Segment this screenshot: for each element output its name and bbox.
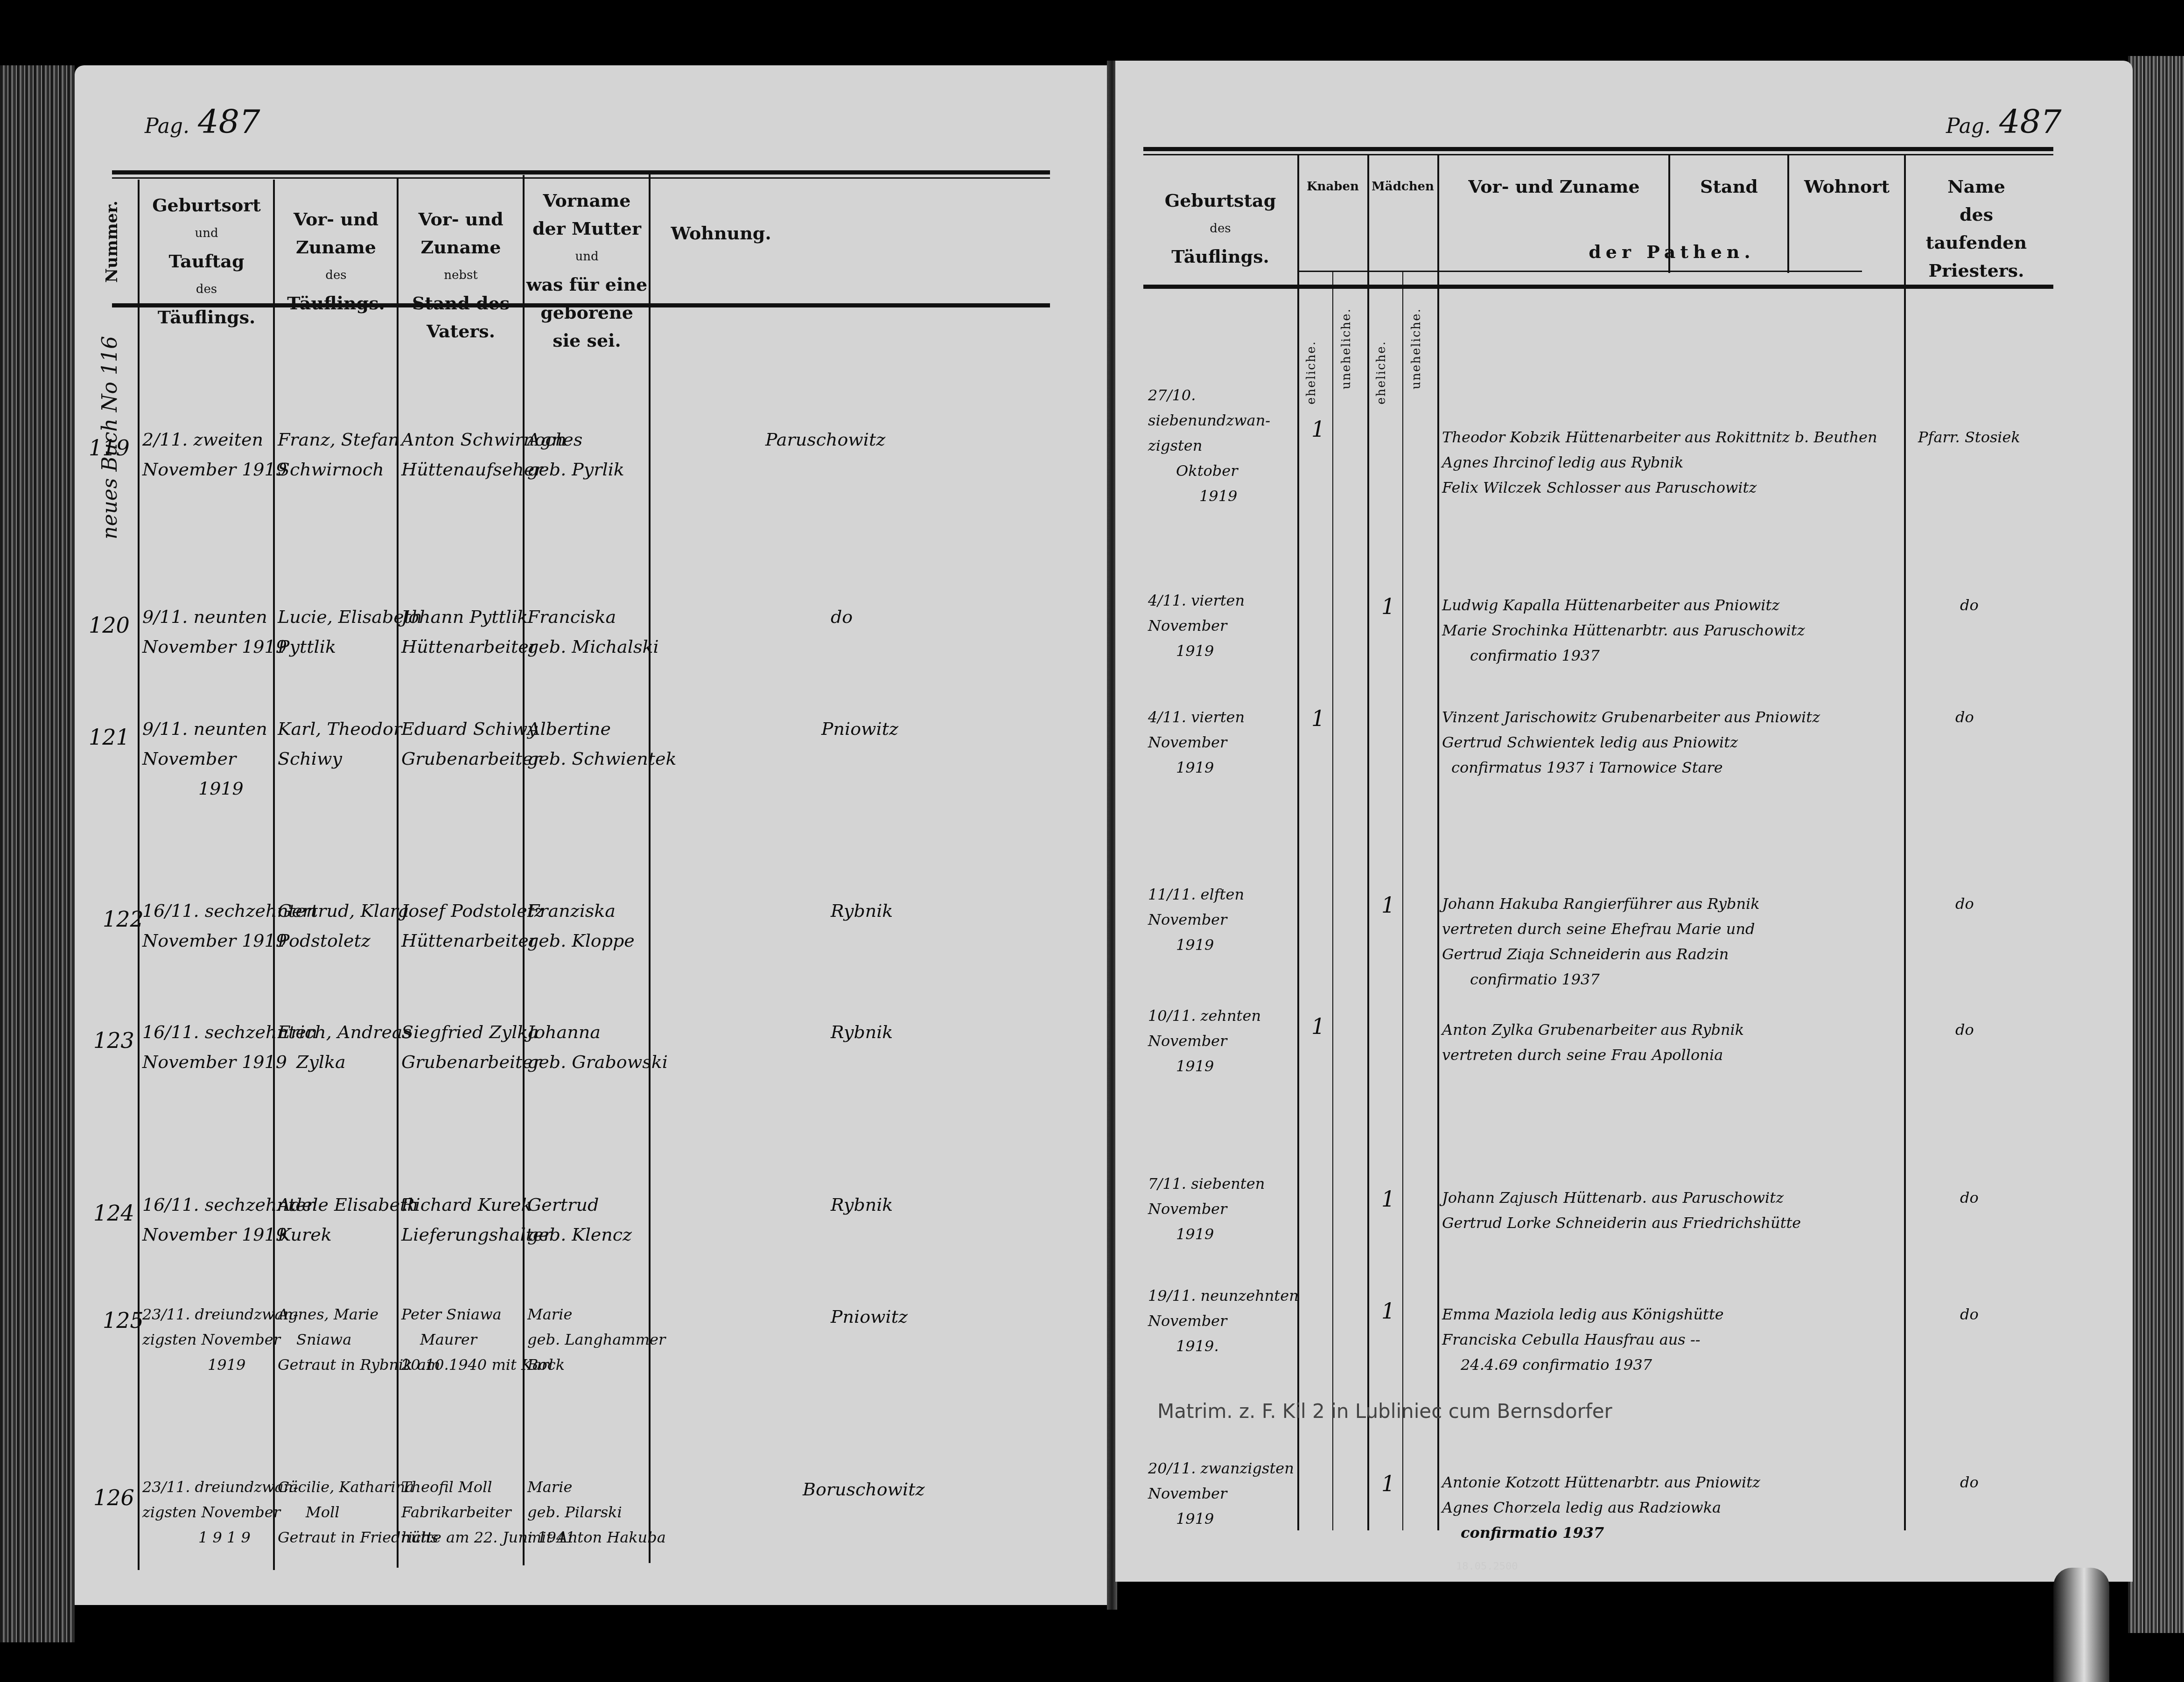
- header-sponsor-residence: Wohnort: [1790, 173, 1904, 201]
- header-bottom-rule: [1143, 285, 2053, 289]
- header-sponsors: der Pathen.: [1440, 238, 1904, 266]
- header-priest: Name des taufenden Priesters.: [1906, 173, 2046, 285]
- header-girls-legit: eheliche.: [1374, 341, 1388, 405]
- header-top-rule: [1143, 147, 2053, 151]
- right-page: Pag.487 Geburtstag des Täuflings. Knaben…: [1115, 61, 2133, 1582]
- header-top-rule-thin: [112, 177, 1050, 179]
- header-child-name: Vor- und Zuname des Täuflings.: [275, 205, 397, 317]
- header-birthplace: Geburtsort und Tauftag des Täuflings.: [140, 191, 273, 331]
- book-page-edges-left: [0, 65, 75, 1642]
- left-page-number: Pag.487: [145, 103, 260, 141]
- right-page-number: Pag.487: [1946, 103, 2062, 141]
- header-residence: Wohnung.: [651, 219, 791, 247]
- col-divider: [1402, 271, 1403, 1530]
- header-top-rule-thin: [1143, 154, 2053, 155]
- col-divider: [138, 180, 140, 1570]
- header-sponsor-name: Vor- und Zuname: [1440, 173, 1668, 201]
- header-boys: Knaben: [1298, 173, 1367, 201]
- header-girls-illegit: uneheliche.: [1409, 308, 1423, 390]
- header-mother: Vorname der Mutter und was für eine gebo…: [525, 187, 649, 355]
- left-page: Pag.487 Nummer. Geburtsort und Tauftag d…: [75, 65, 1113, 1605]
- header-girls: Mädchen: [1368, 173, 1437, 201]
- pencil-annotation: Matrim. z. F. Kil 2 in Lubliniec cum Ber…: [1157, 1400, 1612, 1423]
- col-divider: [1437, 154, 1439, 1530]
- col-divider: [1332, 271, 1333, 1530]
- book-page-edges-right: [2128, 56, 2184, 1633]
- header-top-rule: [112, 170, 1050, 174]
- header-boys-legit: eheliche.: [1304, 341, 1318, 405]
- header-birthday: Geburtstag des Täuflings.: [1143, 187, 1297, 271]
- header-father: Vor- und Zuname nebst Stand des Vaters.: [399, 205, 523, 345]
- header-boys-illegit: uneheliche.: [1339, 308, 1353, 390]
- header-sponsor-status: Stand: [1671, 173, 1787, 201]
- bookmark-ribbon: [2053, 1568, 2109, 1682]
- header-mid-rule: [1297, 271, 1862, 272]
- col-divider: [1904, 154, 1906, 1530]
- archive-stamp: 18.05.2500: [1456, 1561, 1518, 1572]
- col-divider: [1367, 154, 1369, 1530]
- header-number: Nummer.: [103, 201, 121, 283]
